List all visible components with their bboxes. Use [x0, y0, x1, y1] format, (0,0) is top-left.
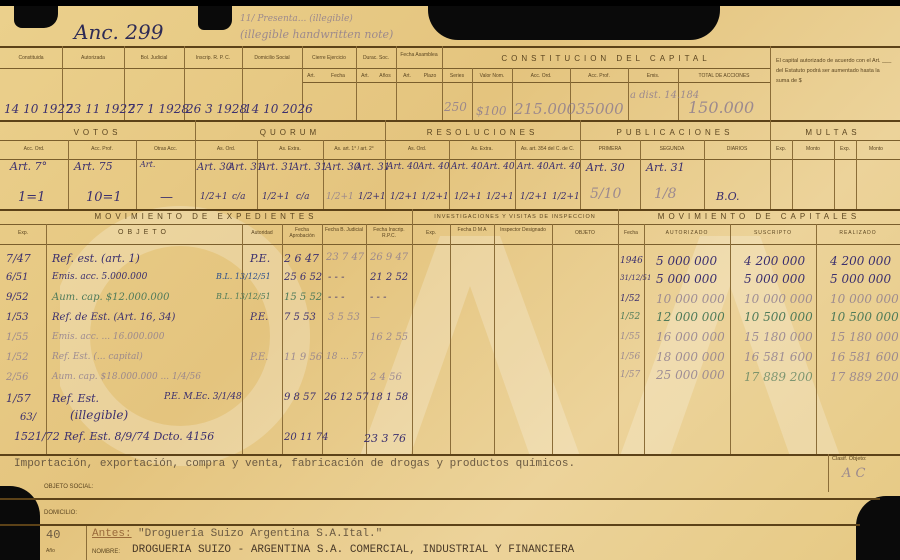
exp-number: 9/52	[6, 292, 28, 303]
company-name: DROGUERIA SUIZO - ARGENTINA S.A. COMERCI…	[132, 544, 574, 556]
quorum-value: 1/2+1	[358, 192, 386, 202]
exp-aprob: 25 6 52	[284, 272, 322, 283]
divider	[0, 498, 880, 500]
cap-fecha: 1/56	[620, 352, 640, 362]
divider	[0, 209, 900, 211]
cap-autorizado: 5 000 000	[656, 272, 717, 286]
cap-col: REALIZADO	[816, 230, 900, 236]
grid-line	[792, 140, 793, 209]
resol-value: 1/2+1	[454, 192, 482, 202]
col-total-acciones: TOTAL DE ACCIONES	[678, 73, 770, 79]
cap-autorizado: 10 000 000	[656, 292, 725, 306]
resoluciones-col: As. Extra.	[449, 146, 515, 152]
domicilio-label: DOMICILIO:	[44, 510, 77, 516]
grid-line	[628, 68, 629, 120]
grid-line	[68, 140, 69, 209]
total-acciones-value: 150.000	[688, 98, 754, 117]
exp-number: 1/53	[6, 312, 28, 323]
quorum-value: 1/2+1	[200, 192, 228, 202]
multas-title: MULTAS	[770, 128, 896, 137]
divider	[302, 82, 770, 83]
exp-col: Exp.	[0, 230, 46, 236]
grid-line	[242, 224, 243, 454]
series-value: 250	[444, 100, 467, 114]
exp-number: 1521/72	[14, 430, 60, 443]
quorum-art: Art. 31	[228, 162, 263, 173]
inv-col: OBJETO	[552, 230, 618, 236]
grid-line	[472, 68, 473, 120]
exp-aprob: 2 6 47	[284, 252, 319, 265]
grid-line	[512, 68, 513, 120]
col-acc-ord: Acc. Ord.	[512, 73, 570, 79]
votos-ratio: 10=1	[86, 190, 122, 205]
sub-fecha: Fecha	[320, 73, 356, 79]
grid-line	[644, 224, 645, 454]
grid-line	[46, 224, 47, 454]
sub-art: Art.	[302, 73, 320, 79]
grid-line	[640, 140, 641, 209]
resol-value: 1/2+1	[520, 192, 548, 202]
exp-number: 2/56	[6, 372, 28, 383]
antes-value: "Droguería Suizo Argentina S.A.Ital."	[138, 528, 382, 540]
multas-col: Exp.	[770, 146, 792, 152]
votos-col: Otras Acc.	[136, 146, 195, 152]
exp-inscrip: 16 2 55	[370, 332, 408, 343]
divider	[0, 524, 860, 526]
cap-fecha: 1/57	[620, 370, 640, 380]
cap-col: AUTORIZADO	[644, 230, 730, 236]
grid-line	[730, 224, 731, 454]
exp-objeto: Ref. est. (art. 1)	[52, 252, 140, 265]
pub-col: SEGUNDA	[640, 146, 704, 152]
resoluciones-col: As. art. 354 del C. de C.	[515, 146, 580, 152]
pub-value: 1/8	[654, 186, 677, 202]
votos-art: Art. 7°	[10, 160, 47, 173]
exp-judicial: - - -	[328, 272, 345, 283]
cap-realizado: 17 889 200	[830, 370, 899, 384]
cap-suscripto: 15 180 000	[744, 330, 813, 344]
resol-art: Art. 40	[451, 162, 483, 172]
resol-art: Art. 40	[549, 162, 581, 172]
date-inscrip: 26 3 1928	[186, 102, 247, 116]
file-number: Anc. 299	[74, 20, 163, 44]
divider	[0, 120, 900, 122]
exp-objeto: Emis. acc. ... 16.000.000	[52, 332, 164, 342]
pub-value: 5/10	[590, 186, 621, 202]
votos-ratio: 1=1	[18, 190, 45, 205]
exp-objeto: Ref. Est.	[52, 392, 99, 405]
col-cierre: Cierre Ejercicio	[302, 55, 356, 61]
exp-autoridad: B.L. 13/12/51	[216, 292, 271, 301]
exp-judicial: 23 7 47	[326, 252, 364, 263]
date-bol-judicial: 27 1 1928	[128, 102, 189, 116]
col-emis: Emis.	[628, 73, 678, 79]
cap-suscripto: 10 000 000	[744, 292, 813, 306]
exp-col: Autoridad	[242, 230, 282, 236]
capitales-title: MOVIMIENTO DE CAPITALES	[618, 212, 900, 221]
exp-inscrip: 26 9 47	[370, 252, 408, 263]
torn-area	[14, 6, 58, 28]
quorum-col: As. Ord.	[195, 146, 257, 152]
sub-art: Art.	[356, 73, 374, 79]
exp-aprob: 9 8 57	[284, 392, 316, 403]
grid-line	[257, 140, 258, 209]
grid-line	[396, 46, 397, 120]
cap-autorizado: 12 000 000	[656, 310, 725, 324]
torn-area	[428, 6, 720, 40]
divider	[0, 140, 900, 141]
exp-judicial: 18 ... 57	[326, 352, 363, 362]
exp-inscrip: —	[370, 312, 380, 323]
exp-objeto: Ref. de Est. (Art. 16, 34)	[52, 312, 175, 323]
quorum-art: Art. 31	[292, 162, 327, 173]
date-domicilio: 14 10 2026	[244, 102, 313, 116]
cap-autorizado: 5 000 000	[656, 254, 717, 268]
votos-ratio: —	[160, 190, 173, 205]
grid-line	[816, 224, 817, 454]
exp-inscrip: 18 1 58	[370, 392, 408, 403]
year-label: Año	[46, 548, 55, 554]
grid-line	[282, 224, 283, 454]
col-autorizada: Autorizada	[62, 55, 124, 61]
quorum-art: Art. 31	[355, 162, 390, 173]
col-series: Series	[442, 73, 472, 79]
votos-col: Acc. Ord.	[0, 146, 68, 152]
valor-nom-value: $100	[476, 104, 507, 118]
exp-aprob: 7 5 53	[284, 312, 316, 323]
exp-objeto: Ref. Est. 8/9/74 Dcto. 4156	[64, 430, 214, 443]
multas-col: Exp.	[834, 146, 856, 152]
exp-number: 1/57	[6, 392, 31, 405]
exp-aprob: 15 5 52	[284, 292, 322, 303]
cap-col: Fecha	[618, 230, 644, 236]
exp-objeto: Aum. cap. $12.000.000	[52, 292, 169, 303]
torn-area	[856, 496, 900, 560]
exp-inscrip: - - -	[370, 292, 387, 303]
objeto-social-text: Importación, exportación, compra y venta…	[14, 458, 575, 470]
cap-realizado: 5 000 000	[830, 272, 891, 286]
cap-col: SUSCRIPTO	[730, 230, 816, 236]
col-asamblea: Fecha Asamblea	[396, 52, 442, 58]
grid-line	[323, 140, 324, 209]
exp-col: Fecha Inscrip. R.P.C.	[366, 227, 412, 239]
resoluciones-col: As. Ord.	[385, 146, 449, 152]
votos-art: Art.	[140, 160, 155, 169]
acc-ord-value: 215.000	[514, 100, 576, 118]
grid-line	[366, 224, 367, 454]
date-constituida: 14 10 1927	[4, 102, 73, 116]
quorum-art: Art. 31	[259, 162, 294, 173]
grid-line	[412, 209, 413, 454]
col-inscrip-rpc: Inscrip. R. P. C.	[184, 55, 242, 61]
cap-fecha: 1/52	[620, 294, 640, 304]
cap-suscripto: 10 500 000	[744, 310, 813, 324]
exp-objeto: Emis. acc. 5.000.000	[52, 272, 147, 282]
pub-art: Art. 31	[646, 161, 685, 174]
clasif-value: A C	[842, 466, 865, 481]
exp-aprob: 20 11 74	[284, 432, 329, 443]
divider	[0, 68, 770, 69]
pub-value: B.O.	[716, 190, 739, 203]
header-note: (illegible handwritten note)	[240, 28, 393, 41]
exp-number: 6/51	[6, 272, 28, 283]
divider	[0, 159, 900, 160]
resol-value: 1/2+1	[552, 192, 580, 202]
grid-line	[618, 209, 619, 454]
grid-line	[494, 224, 495, 454]
cap-suscripto: 16 581 600	[744, 350, 813, 364]
cap-fecha: 1/55	[620, 332, 640, 342]
exp-autoridad: B.L. 13/12/51	[216, 272, 271, 281]
sub-plazo: Plazo	[418, 73, 442, 79]
exp-inscrip: 2 4 56	[370, 372, 402, 383]
quorum-value: c/a	[232, 192, 245, 202]
objeto-social-label: OBJETO SOCIAL:	[44, 484, 93, 490]
cap-fecha: 1946	[620, 256, 643, 266]
resol-art: Art. 40	[418, 162, 450, 172]
cap-suscripto: 5 000 000	[744, 272, 805, 286]
votos-art: Art. 75	[74, 160, 113, 173]
cap-realizado: 10 500 000	[830, 310, 899, 324]
cap-autorizado: 16 000 000	[656, 330, 725, 344]
exp-judicial: 3 5 53	[328, 312, 360, 323]
exp-autoridad: P.E.	[250, 312, 268, 323]
quorum-col: As. art. 1° / art. 2°	[323, 146, 385, 152]
grid-line	[834, 140, 835, 209]
grid-line	[356, 46, 357, 120]
exp-col: Fecha B. Judicial	[322, 227, 366, 233]
pub-col: DIARIOS	[704, 146, 770, 152]
votos-title: VOTOS	[0, 128, 195, 137]
multas-col: Monto	[856, 146, 896, 152]
investigaciones-title: INVESTIGACIONES Y VISITAS DE INSPECCION	[412, 214, 618, 220]
pub-art: Art. 30	[586, 161, 625, 174]
resol-value: 1/2+1	[486, 192, 514, 202]
quorum-col: As. Extra.	[257, 146, 323, 152]
col-duracion: Durac. Soc.	[356, 55, 396, 61]
exp-number: 63/	[20, 412, 36, 423]
resoluciones-title: RESOLUCIONES	[385, 128, 580, 137]
quorum-value: 1/2+1	[262, 192, 290, 202]
resol-art: Art. 40	[517, 162, 549, 172]
registry-card: Anc. 299 11/ Presenta... (illegible) (il…	[0, 6, 900, 560]
grid-line	[322, 224, 323, 454]
exp-autoridad: P.E. M.Ec. 3/1/48	[164, 392, 242, 402]
exp-autoridad: P.E.	[250, 252, 270, 265]
nombre-label: NOMBRE:	[92, 549, 120, 555]
divider	[0, 454, 900, 456]
cap-suscripto: 4 200 000	[744, 254, 805, 268]
col-domicilio: Domicilio Social	[242, 55, 302, 61]
cap-realizado: 15 180 000	[830, 330, 899, 344]
grid-line	[450, 224, 451, 454]
exp-inscrip: 21 2 52	[370, 272, 408, 283]
resol-art: Art. 40	[483, 162, 515, 172]
capital-title: CONSTITUCION DEL CAPITAL	[442, 54, 770, 63]
pub-col: PRIMERA	[580, 146, 640, 152]
clasif-label: Clasif. Objeto:	[832, 456, 867, 462]
cap-suscripto: 17 889 200	[744, 370, 813, 384]
divider	[0, 46, 900, 48]
inv-col: Exp.	[412, 230, 450, 236]
exp-number: 1/55	[6, 332, 28, 343]
sub-art: Art.	[396, 73, 418, 79]
grid-line	[449, 140, 450, 209]
quorum-value: c/a	[296, 192, 309, 202]
torn-area	[198, 6, 232, 30]
col-bol-judicial: Bol. Judicial	[124, 55, 184, 61]
exp-objeto: (illegible)	[70, 408, 128, 422]
grid-line	[856, 140, 857, 209]
exp-number: 7/47	[6, 252, 31, 265]
col-valor-nom: Valor Nom.	[472, 73, 512, 79]
exp-col: Fecha Aprobación	[282, 227, 322, 239]
grid-line	[86, 526, 87, 560]
exp-aprob: 11 9 56	[284, 352, 322, 363]
exp-judicial: 26 12 57	[324, 392, 369, 403]
date-autorizada: 23 11 1927	[66, 102, 135, 116]
acc-prof-value: 35000	[576, 100, 624, 118]
exp-judicial: - - -	[328, 292, 345, 303]
quorum-title: QUORUM	[195, 128, 385, 137]
cap-autorizado: 18 000 000	[656, 350, 725, 364]
exp-inscrip: 23 3 76	[364, 432, 406, 445]
col-constituida: Constituida	[0, 55, 62, 61]
multas-col: Monto	[792, 146, 834, 152]
resol-art: Art. 40	[387, 162, 419, 172]
cap-fecha: 31/12/51	[620, 274, 651, 282]
exp-col-objeto: OBJETO	[46, 229, 242, 236]
inv-col: Fecha D M A	[450, 227, 494, 233]
sub-anos: Años	[374, 73, 396, 79]
exp-autoridad: P.E.	[250, 352, 268, 363]
capital-note: El capital autorizado de acuerdo con el …	[776, 56, 894, 86]
publicaciones-title: PUBLICACIONES	[580, 128, 770, 137]
exp-number: 1/52	[6, 352, 28, 363]
cap-realizado: 16 581 600	[830, 350, 899, 364]
grid-line	[828, 454, 829, 492]
cap-fecha: 1/52	[620, 312, 640, 322]
expedientes-title: MOVIMIENTO DE EXPEDIENTES	[0, 212, 412, 221]
votos-col: Acc. Prof.	[68, 146, 136, 152]
cap-realizado: 4 200 000	[830, 254, 891, 268]
quorum-art: Art. 30	[197, 162, 232, 173]
header-note: 11/ Presenta... (illegible)	[240, 14, 353, 24]
grid-line	[552, 224, 553, 454]
grid-line	[770, 46, 771, 120]
exp-objeto: Aum. cap. $18.000.000 ... 1/4/56	[52, 372, 201, 382]
resol-value: 1/2+1	[390, 192, 418, 202]
registry-number: 40	[46, 528, 60, 542]
antes-label: Antes:	[92, 528, 132, 540]
exp-objeto: Ref. Est. (... capital)	[52, 352, 143, 362]
col-acc-prof: Acc. Prof.	[570, 73, 628, 79]
grid-line	[136, 140, 137, 209]
cap-realizado: 10 000 000	[830, 292, 899, 306]
quorum-value: 1/2+1	[326, 192, 354, 202]
inv-col: Inspector Designado	[494, 227, 552, 233]
grid-line	[704, 140, 705, 209]
resol-value: 1/2+1	[421, 192, 449, 202]
cap-autorizado: 25 000 000	[656, 368, 725, 382]
grid-line	[515, 140, 516, 209]
